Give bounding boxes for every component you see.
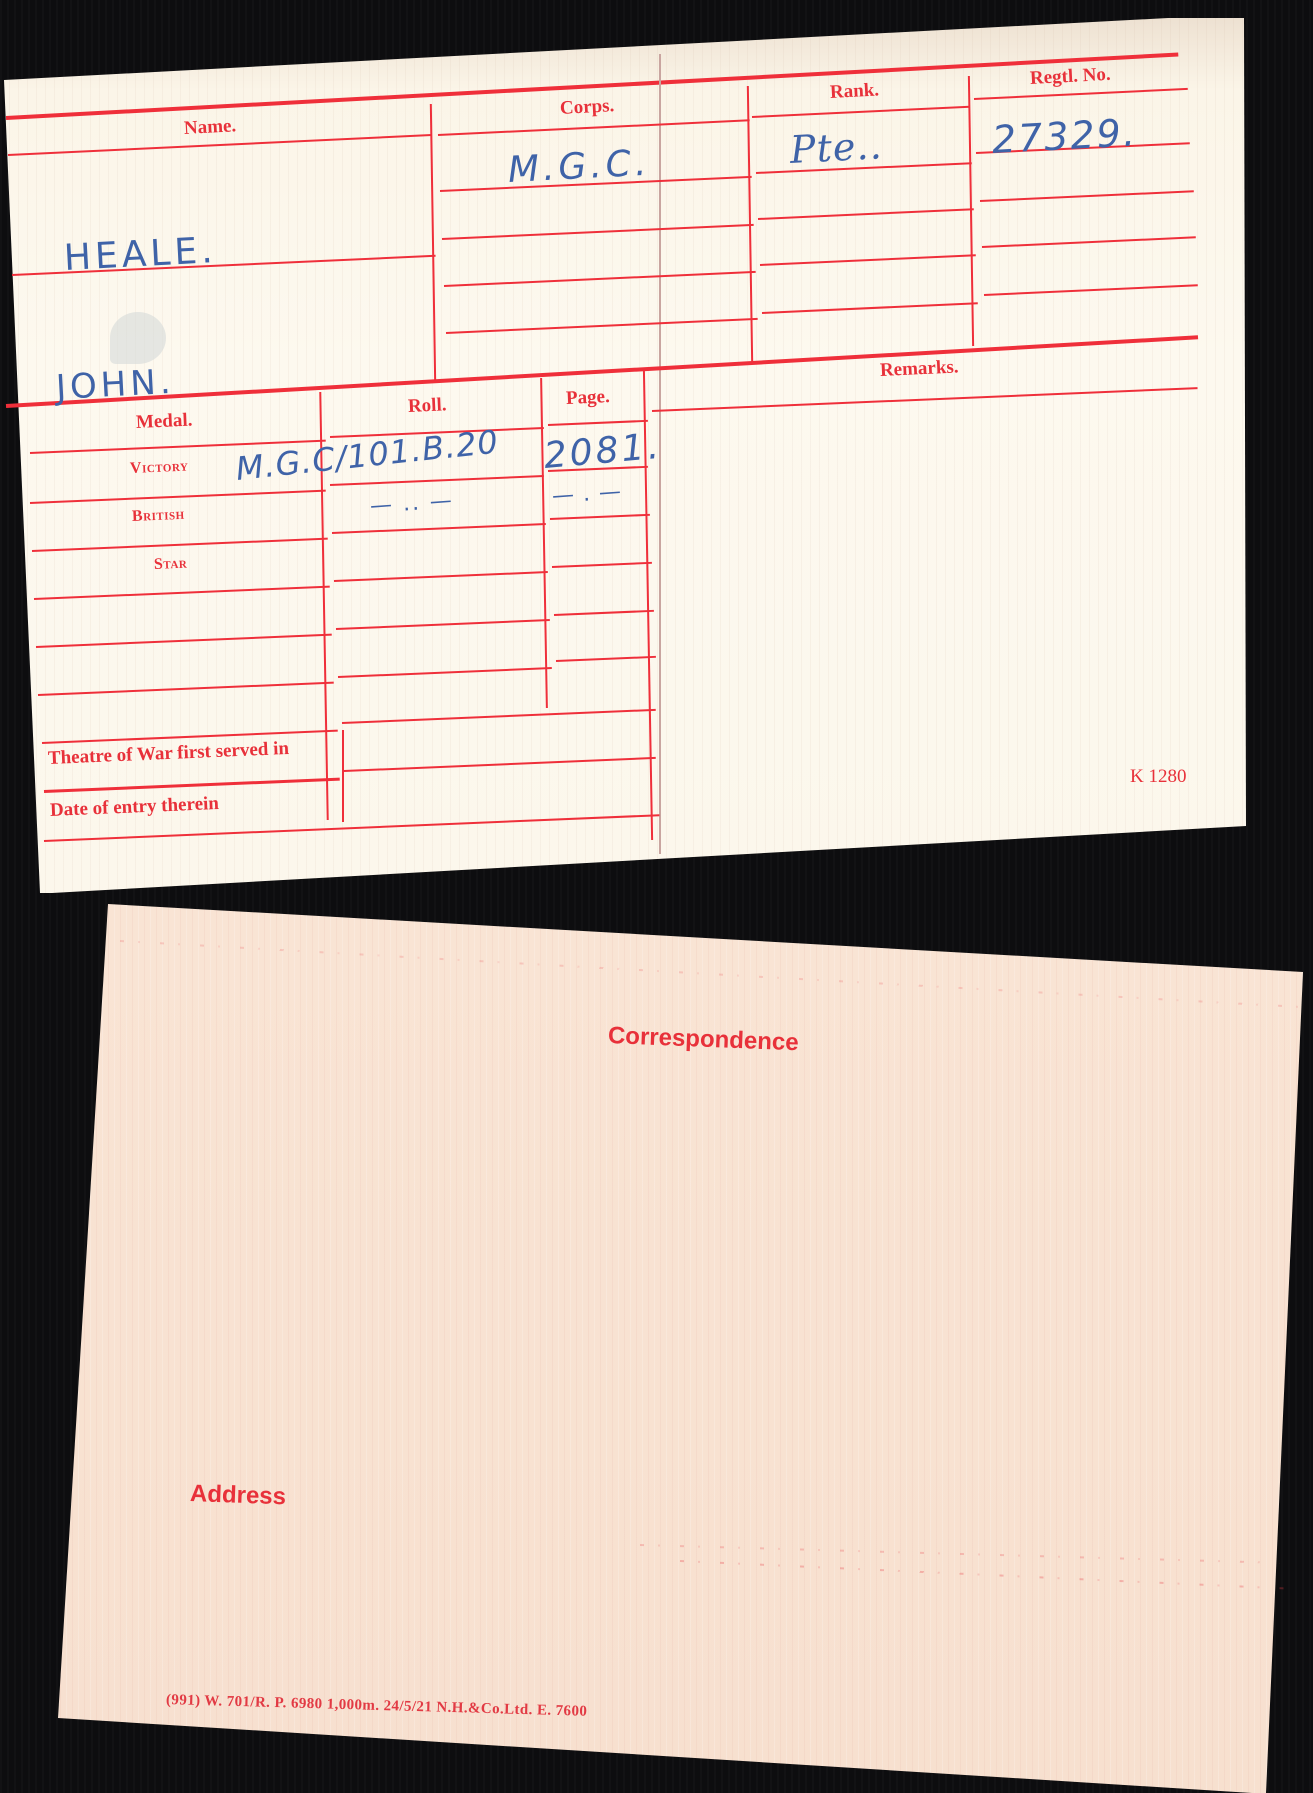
roll-row-rule-7 — [342, 709, 656, 724]
page-row-rule-6 — [556, 656, 656, 662]
corps-row-rule-2 — [442, 224, 754, 240]
medal-header: Medal. — [136, 410, 193, 434]
regtl-row-rule-3 — [982, 236, 1196, 248]
name-header-rule — [8, 134, 432, 156]
medal-row-rule-4 — [34, 586, 330, 600]
rank-row-rule-2 — [758, 208, 974, 220]
medal-index-card-back: Correspondence Address (991) W. 701/R. P… — [0, 0, 1313, 1793]
page-row-rule-3 — [550, 514, 650, 520]
showthrough-rule-2 — [640, 1544, 1280, 1564]
theatre-of-war-label: Theatre of War first served in — [48, 738, 290, 770]
medal-index-card-front: Name. Corps. Rank. Regtl. No. Remarks. M… — [0, 0, 1313, 900]
leaf-stain-mark — [110, 312, 166, 364]
victory-page-entry: 2081. — [542, 426, 663, 477]
showthrough-rule-3 — [680, 1560, 1289, 1590]
victory-roll-entry: M.G.C/101.B.20 — [234, 423, 500, 488]
card-paper-back — [0, 0, 1313, 1793]
card-reference-number: K 1280 — [1130, 766, 1186, 788]
mid-border-rule — [6, 335, 1198, 408]
corps-header: Corps. — [559, 95, 614, 120]
surname-entry: HEALE. — [63, 230, 218, 279]
page-row-rule-2 — [548, 466, 648, 472]
corps-row-rule-1 — [440, 176, 752, 192]
regtl-header-rule — [974, 88, 1188, 100]
remarks-header-rule — [652, 387, 1198, 412]
medal-row-rule-1 — [30, 440, 326, 454]
forename-entry: JOHN. — [55, 362, 176, 408]
roll-row-rule-6 — [338, 667, 552, 678]
name-corps-divider — [430, 104, 436, 382]
rank-entry: Pte.. — [789, 123, 884, 172]
roll-row-rule-4 — [334, 571, 548, 582]
roll-row-rule-3 — [332, 523, 546, 534]
printer-imprint: (991) W. 701/R. P. 6980 1,000m. 24/5/21 … — [166, 1692, 588, 1721]
correspondence-heading: Correspondence — [607, 1022, 799, 1057]
medal-row-rule-5 — [36, 634, 332, 648]
medal-label-british: British — [132, 506, 185, 526]
corps-row-rule-3 — [444, 271, 756, 287]
corps-row-rule-4 — [446, 318, 758, 334]
date-entry-bottom-rule — [44, 814, 660, 842]
british-page-entry: — . — — [551, 479, 623, 509]
theatre-bottom-rule — [44, 778, 340, 793]
medal-label-star: Star — [154, 555, 188, 574]
page-row-rule-5 — [554, 610, 654, 616]
page-row-rule-1 — [548, 420, 648, 426]
page-header: Page. — [566, 386, 611, 410]
regtl-no-entry: 27329. — [991, 110, 1138, 162]
rank-row-rule-4 — [762, 302, 978, 314]
british-roll-entry: — .. — — [369, 488, 455, 519]
scan-background — [0, 0, 1313, 1793]
center-fold-line — [659, 54, 661, 854]
corps-rank-divider — [747, 86, 753, 362]
date-of-entry-label: Date of entry therein — [50, 793, 220, 822]
page-remarks-divider — [643, 368, 653, 840]
regtl-row-rule-4 — [984, 284, 1198, 296]
regtl-row-rule-2 — [980, 190, 1194, 202]
roll-row-rule-1 — [330, 427, 544, 438]
showthrough-rule-1 — [120, 940, 1298, 1008]
regtl-no-header: Regtl. No. — [1029, 64, 1111, 90]
roll-header: Roll. — [408, 394, 447, 418]
roll-row-rule-2 — [330, 475, 544, 486]
corps-header-rule — [438, 119, 750, 136]
rank-row-rule-1 — [756, 162, 972, 174]
corps-entry: M.G.C. — [507, 143, 651, 191]
remarks-header: Remarks. — [880, 356, 960, 382]
page-row-rule-4 — [552, 562, 652, 568]
rank-regtl-divider — [968, 76, 974, 346]
theatre-top-rule — [42, 730, 338, 744]
name-header: Name. — [183, 115, 236, 140]
card-paper-front — [0, 0, 1313, 900]
surname-rule — [12, 255, 436, 276]
regtl-row-rule-1 — [976, 142, 1190, 154]
medal-label-victory: Victory — [130, 458, 189, 478]
medal-roll-divider — [319, 392, 328, 820]
top-border-rule — [6, 53, 1178, 120]
roll-page-divider — [540, 378, 547, 708]
medal-row-rule-3 — [32, 538, 328, 552]
theatre-value-rule — [344, 757, 656, 772]
rank-row-rule-3 — [760, 254, 976, 266]
medal-row-rule-2 — [30, 490, 326, 504]
rank-header: Rank. — [829, 79, 879, 104]
roll-row-rule-5 — [336, 619, 550, 630]
address-label: Address — [190, 1480, 287, 1511]
rank-header-rule — [752, 106, 970, 118]
theatre-value-divider — [342, 730, 344, 822]
medal-row-rule-6 — [38, 682, 334, 696]
